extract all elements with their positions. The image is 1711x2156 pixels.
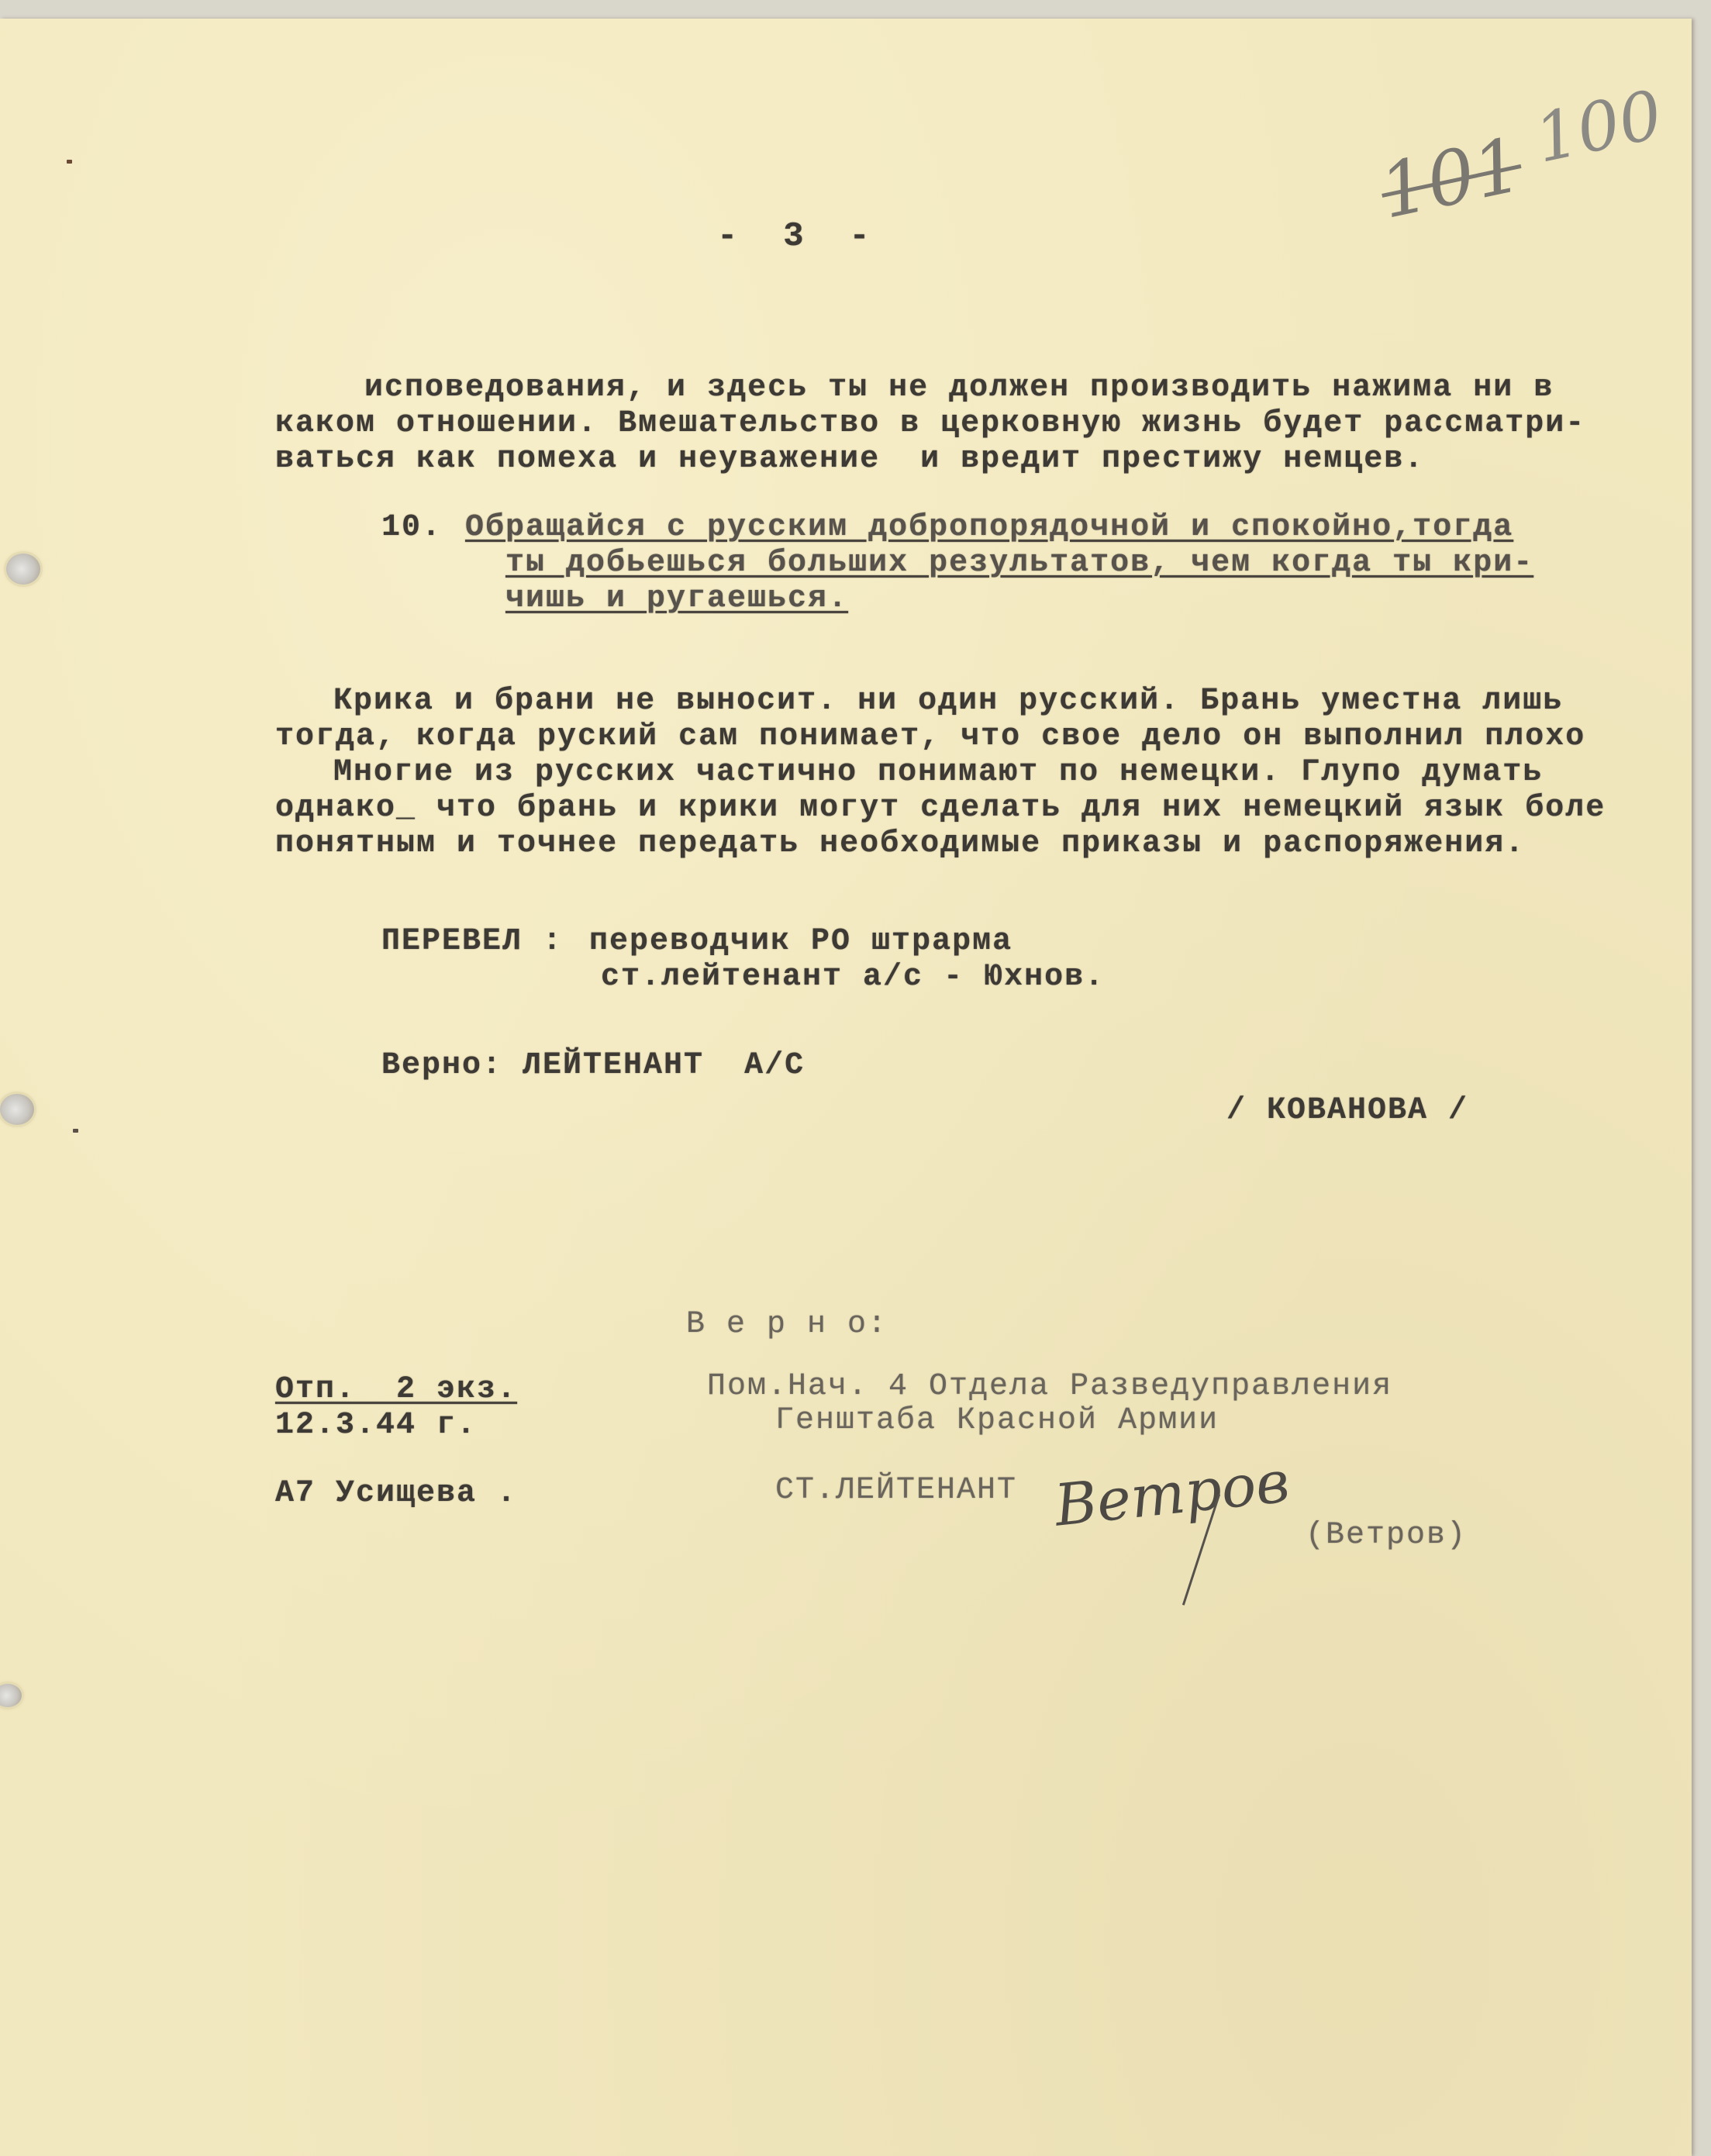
page-number: - 3 - (717, 219, 871, 254)
folio-number-struck: 101 (1372, 121, 1530, 236)
officer-position-line1: Пом.Нач. 4 Отдела Разведуправления (707, 1369, 1392, 1405)
officer-name: (Ветров) (1306, 1518, 1467, 1554)
translated-by-label: ПЕРЕВЕЛ : (381, 924, 563, 960)
paper-speck (73, 1129, 78, 1133)
typist: А7 Усищева . (275, 1476, 517, 1512)
item-text-line: Обращайся с русским добропорядочной и сп… (465, 510, 1513, 546)
text-line: каком отношении. Вмешательство в церковн… (275, 406, 1585, 442)
verified-label-spaced: В е р н о: (686, 1307, 888, 1343)
punch-hole-top (6, 554, 40, 585)
text-line: исповедования, и здесь ты не должен прои… (364, 371, 1554, 406)
verifier-name: / КОВАНОВА / (1226, 1093, 1468, 1129)
item-text-line: ты добьешься больших результатов, чем ко… (505, 546, 1533, 581)
text-line: Крика и брани не выносит. ни один русски… (233, 684, 1563, 719)
copies-count: Отп. 2 экз. (275, 1372, 517, 1408)
dispatch-date: 12.3.44 г. (275, 1408, 477, 1444)
text-line: понятным и точнее передать необходимые п… (275, 826, 1525, 862)
punch-hole-bottom (0, 1684, 22, 1707)
item-text-line: чишь и ругаешься. (505, 581, 848, 617)
text-line: однако_ что брань и крики могут сделать … (275, 791, 1606, 826)
folio-number-current: 100 (1528, 76, 1668, 178)
officer-position-line2: Генштаба Красной Армии (775, 1403, 1219, 1439)
text-line: тогда, когда руский сам понимает, что св… (275, 719, 1585, 755)
punch-hole-middle (0, 1094, 34, 1125)
item-number: 10. (381, 510, 442, 546)
text-line: Многие из русских частично понимают по н… (233, 755, 1543, 791)
verified-label: Верно: ЛЕЙТЕНАНТ А/С (381, 1048, 805, 1084)
translator-position: переводчик РО штрарма (589, 924, 1012, 960)
translator-name: ст.лейтенант а/с - Юхнов. (601, 960, 1105, 995)
text-line: ваться как помеха и неуважение и вредит … (275, 442, 1424, 478)
paper-speck (67, 160, 72, 164)
officer-rank: СТ.ЛЕЙТЕНАНТ (775, 1473, 1017, 1509)
handwritten-signature: Ветров (1051, 1448, 1292, 1539)
document-page: 101 100 - 3 - исповедования, и здесь ты … (0, 19, 1692, 2156)
